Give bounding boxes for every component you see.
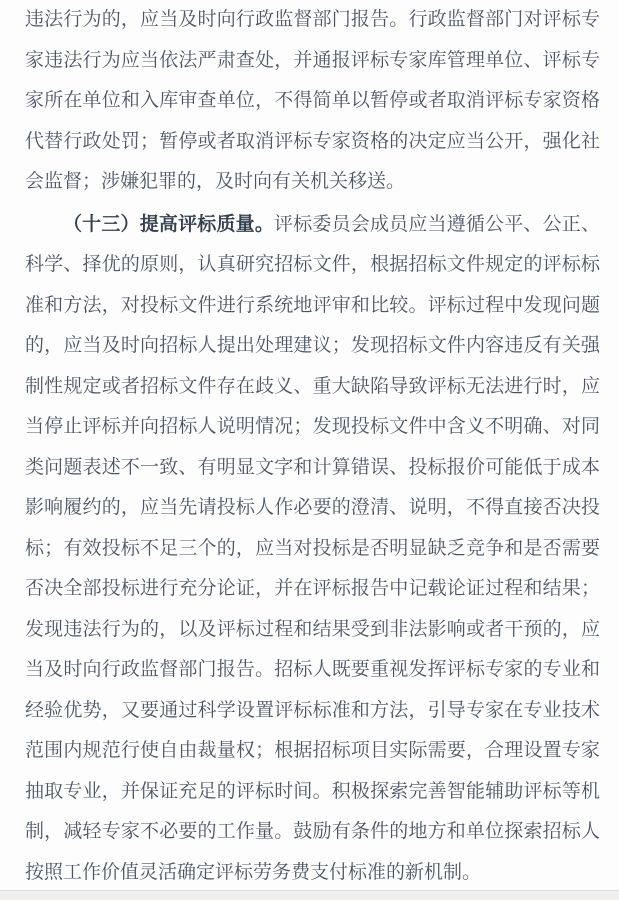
- paragraph-text: 违法行为的，应当及时向行政监督部门报告。行政监督部门对评标专家违法行为应当依法严…: [25, 9, 600, 192]
- paragraph-heading: （十三）提高评标质量。: [63, 214, 274, 235]
- paragraph-text: 评标委员会成员应当遵循公平、公正、科学、择优的原则，认真研究招标文件，根据招标文…: [25, 214, 600, 883]
- paragraph-continuation: 违法行为的，应当及时向行政监督部门报告。行政监督部门对评标专家违法行为应当依法严…: [25, 0, 600, 203]
- document-page: 违法行为的，应当及时向行政监督部门报告。行政监督部门对评标专家违法行为应当依法严…: [0, 0, 619, 900]
- page-bottom-edge: [0, 890, 619, 900]
- paragraph-item-13: （十三）提高评标质量。评标委员会成员应当遵循公平、公正、科学、择优的原则，认真研…: [25, 205, 600, 894]
